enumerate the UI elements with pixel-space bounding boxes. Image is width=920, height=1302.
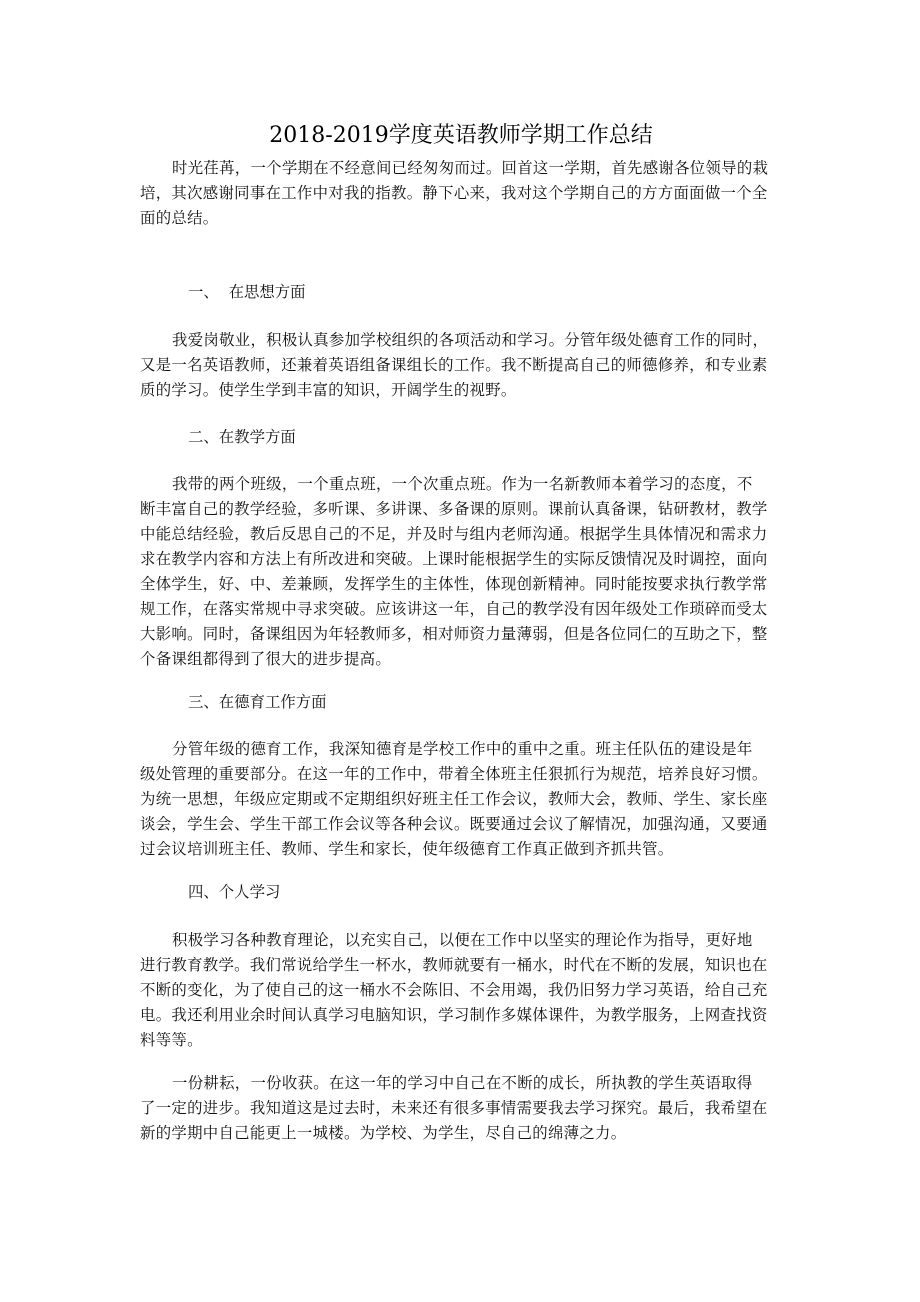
paragraph-line: 面的总结。 xyxy=(140,206,782,231)
paragraph-line: 个备课组都得到了很大的进步提高。 xyxy=(140,647,782,672)
paragraph-line: 又是一名英语教师，还兼着英语组备课组长的工作。我不断提高自己的师德修养，和专业素 xyxy=(140,353,782,378)
paragraph-line: 中能总结经验，教后反思自己的不足，并及时与组内老师沟通。根据学生具体情况和需求力 xyxy=(140,522,782,547)
section-1-paragraph: 我爱岗敬业，积极认真参加学校组织的各项活动和学习。分管年级处德育工作的同时， 又… xyxy=(140,328,782,403)
paragraph-line: 不断的变化，为了使自己的这一桶水不会陈旧、不会用竭，我仍旧努力学习英语，给自己充 xyxy=(140,978,782,1003)
paragraph-line: 谈会，学生会、学生干部工作会议等各种会议。既要通过会议了解情况，加强沟通，又要通 xyxy=(140,812,782,837)
paragraph-line: 过会议培训班主任、教师、学生和家长，使年级德育工作真正做到齐抓共管。 xyxy=(140,837,782,862)
paragraph-line: 分管年级的德育工作，我深知德育是学校工作中的重中之重。班主任队伍的建设是年 xyxy=(140,737,782,762)
paragraph-line: 培，其次感谢同事在工作中对我的指教。静下心来，我对这个学期自己的方方面面做一个全 xyxy=(140,181,782,206)
paragraph-line: 进行教育教学。我们常说给学生一杯水，教师就要有一桶水，时代在不断的发展，知识也在 xyxy=(140,953,782,978)
paragraph-line: 求在教学内容和方法上有所改进和突破。上课时能根据学生的实际反馈情况及时调控，面向 xyxy=(140,547,782,572)
paragraph-line: 积极学习各种教育理论，以充实自己，以便在工作中以坚实的理论作为指导，更好地 xyxy=(140,928,782,953)
paragraph-line: 为统一思想，年级应定期或不定期组织好班主任工作会议，教师大会，教师、学生、家长座 xyxy=(140,787,782,812)
section-heading-4: 四、个人学习 xyxy=(188,880,280,905)
section-heading-3: 三、在德育工作方面 xyxy=(188,690,327,715)
section-3-paragraph: 分管年级的德育工作，我深知德育是学校工作中的重中之重。班主任队伍的建设是年 级处… xyxy=(140,737,782,862)
paragraph-line: 了一定的进步。我知道这是过去时，未来还有很多事情需要我去学习探究。最后，我希望在 xyxy=(140,1096,782,1121)
paragraph-line: 断丰富自己的教学经验，多听课、多讲课、多备课的原则。课前认真备课，钻研教材，教学 xyxy=(140,497,782,522)
document-title: 2018-2019学度英语教师学期工作总结 xyxy=(140,121,782,151)
paragraph-line: 规工作，在落实常规中寻求突破。应该讲这一年，自己的教学没有因年级处工作琐碎而受太 xyxy=(140,597,782,622)
section-4-paragraph-2: 一份耕耘，一份收获。在这一年的学习中自己在不断的成长，所执教的学生英语取得 了一… xyxy=(140,1071,782,1146)
paragraph-line: 电。我还利用业余时间认真学习电脑知识，学习制作多媒体课件，为教学服务，上网查找资 xyxy=(140,1003,782,1028)
paragraph-line: 大影响。同时，备课组因为年轻教师多，相对师资力量薄弱，但是各位同仁的互助之下，整 xyxy=(140,622,782,647)
paragraph-line: 我爱岗敬业，积极认真参加学校组织的各项活动和学习。分管年级处德育工作的同时， xyxy=(140,328,782,353)
intro-paragraph: 时光荏苒，一个学期在不经意间已经匆匆而过。回首这一学期，首先感谢各位领导的栽 培… xyxy=(140,156,782,231)
section-2-paragraph: 我带的两个班级，一个重点班，一个次重点班。作为一名新教师本着学习的态度，不 断丰… xyxy=(140,472,782,672)
paragraph-line: 全体学生，好、中、差兼顾，发挥学生的主体性，体现创新精神。同时能按要求执行教学常 xyxy=(140,572,782,597)
paragraph-line: 时光荏苒，一个学期在不经意间已经匆匆而过。回首这一学期，首先感谢各位领导的栽 xyxy=(140,156,782,181)
paragraph-line: 级处管理的重要部分。在这一年的工作中，带着全体班主任狠抓行为规范，培养良好习惯。 xyxy=(140,762,782,787)
paragraph-line: 我带的两个班级，一个重点班，一个次重点班。作为一名新教师本着学习的态度，不 xyxy=(140,472,782,497)
paragraph-line: 新的学期中自己能更上一城楼。为学校、为学生，尽自己的绵薄之力。 xyxy=(140,1121,782,1146)
paragraph-line: 质的学习。使学生学到丰富的知识，开阔学生的视野。 xyxy=(140,378,782,403)
paragraph-line: 料等等。 xyxy=(140,1028,782,1053)
section-heading-1: 一、 在思想方面 xyxy=(188,280,306,305)
section-4-paragraph-1: 积极学习各种教育理论，以充实自己，以便在工作中以坚实的理论作为指导，更好地 进行… xyxy=(140,928,782,1053)
section-heading-2: 二、在教学方面 xyxy=(188,425,296,450)
paragraph-line: 一份耕耘，一份收获。在这一年的学习中自己在不断的成长，所执教的学生英语取得 xyxy=(140,1071,782,1096)
